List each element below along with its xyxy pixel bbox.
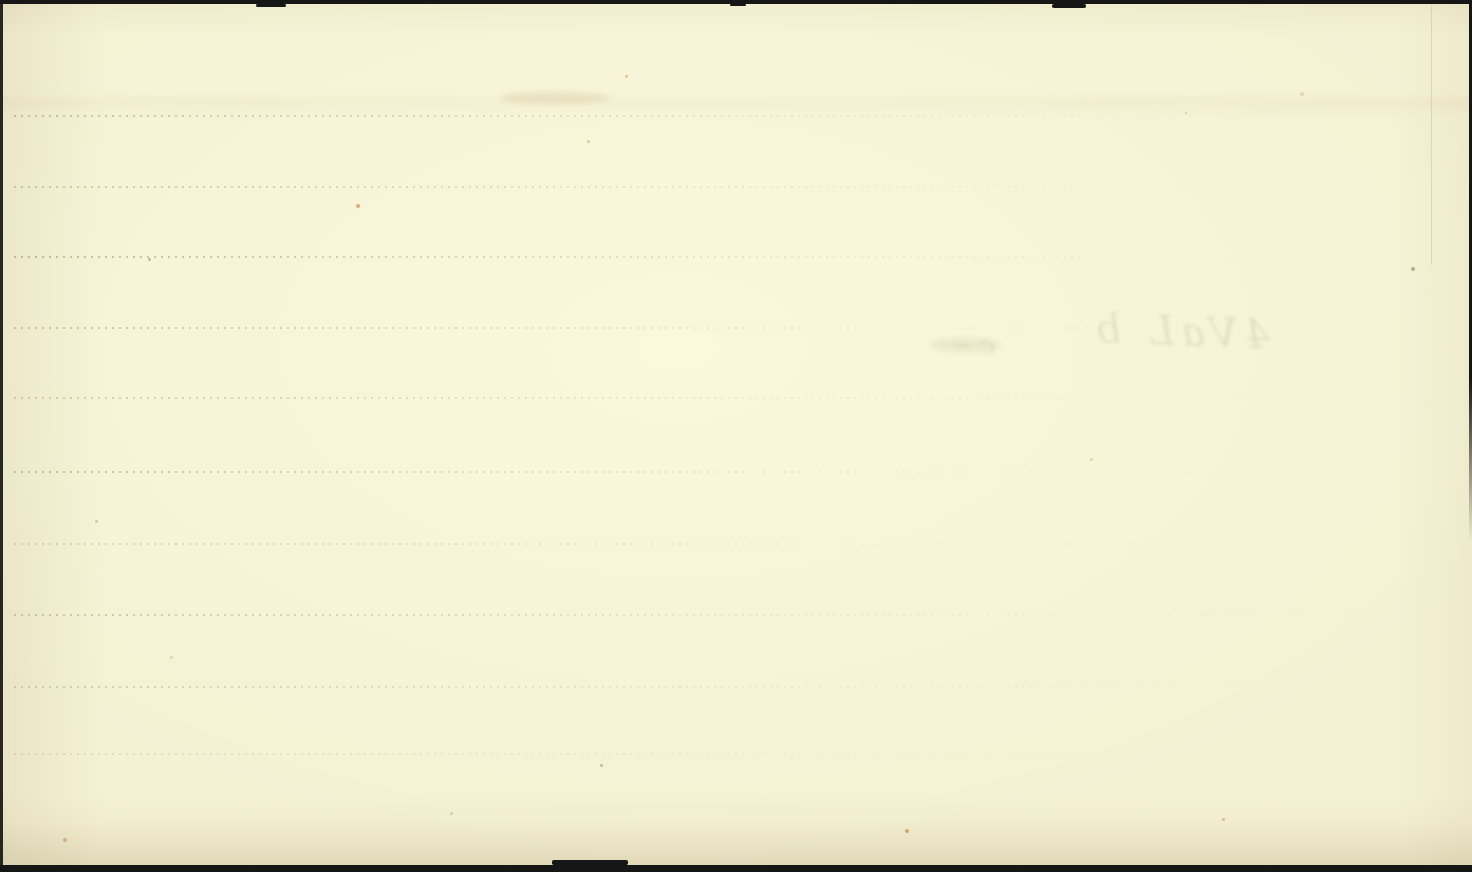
- scan-edge-left: [0, 0, 3, 872]
- ruled-line: [14, 397, 1462, 399]
- foxing-speckle: [600, 764, 603, 767]
- ink-bleedthrough-ghost-mark: c~: [905, 328, 996, 361]
- foxing-speckle: [63, 838, 67, 842]
- ruled-line: [14, 115, 1462, 117]
- foxing-speckle: [356, 204, 360, 208]
- scan-edge-bump: [552, 860, 628, 865]
- foxing-speckle: [1185, 112, 1187, 114]
- ruled-line: [14, 543, 1462, 545]
- foxing-speckle: [1090, 458, 1093, 461]
- foxing-speckle: [1300, 92, 1304, 96]
- paper-smudge: [500, 92, 610, 104]
- ruled-line: [14, 753, 1462, 755]
- ruled-line: [14, 256, 1462, 258]
- scan-edge-bump: [1052, 4, 1086, 8]
- foxing-speckle: [1411, 267, 1415, 271]
- scan-edge-bump: [730, 4, 746, 6]
- foxing-speckle: [450, 812, 453, 815]
- foxing-speckle: [905, 829, 909, 833]
- ink-bleedthrough-ghost-stamp: 4VaL b: [1019, 304, 1270, 359]
- scanned-blank-ruled-card: 4VaL b c~: [0, 0, 1472, 872]
- foxing-speckle: [95, 520, 98, 523]
- foxing-speckle: [1222, 818, 1225, 821]
- foxing-speckle: [587, 140, 590, 143]
- foxing-speckle: [625, 75, 628, 78]
- foxing-speckle: [148, 258, 151, 261]
- ruled-line: [14, 686, 1462, 688]
- scan-edge-bottom: [0, 865, 1472, 872]
- foxing-speckle: [170, 656, 173, 659]
- ruled-line: [14, 471, 1462, 473]
- ruled-line: [14, 186, 1462, 188]
- card-edge-crease: [1431, 5, 1432, 265]
- ruled-line: [14, 614, 1462, 616]
- scan-edge-bump: [256, 4, 286, 7]
